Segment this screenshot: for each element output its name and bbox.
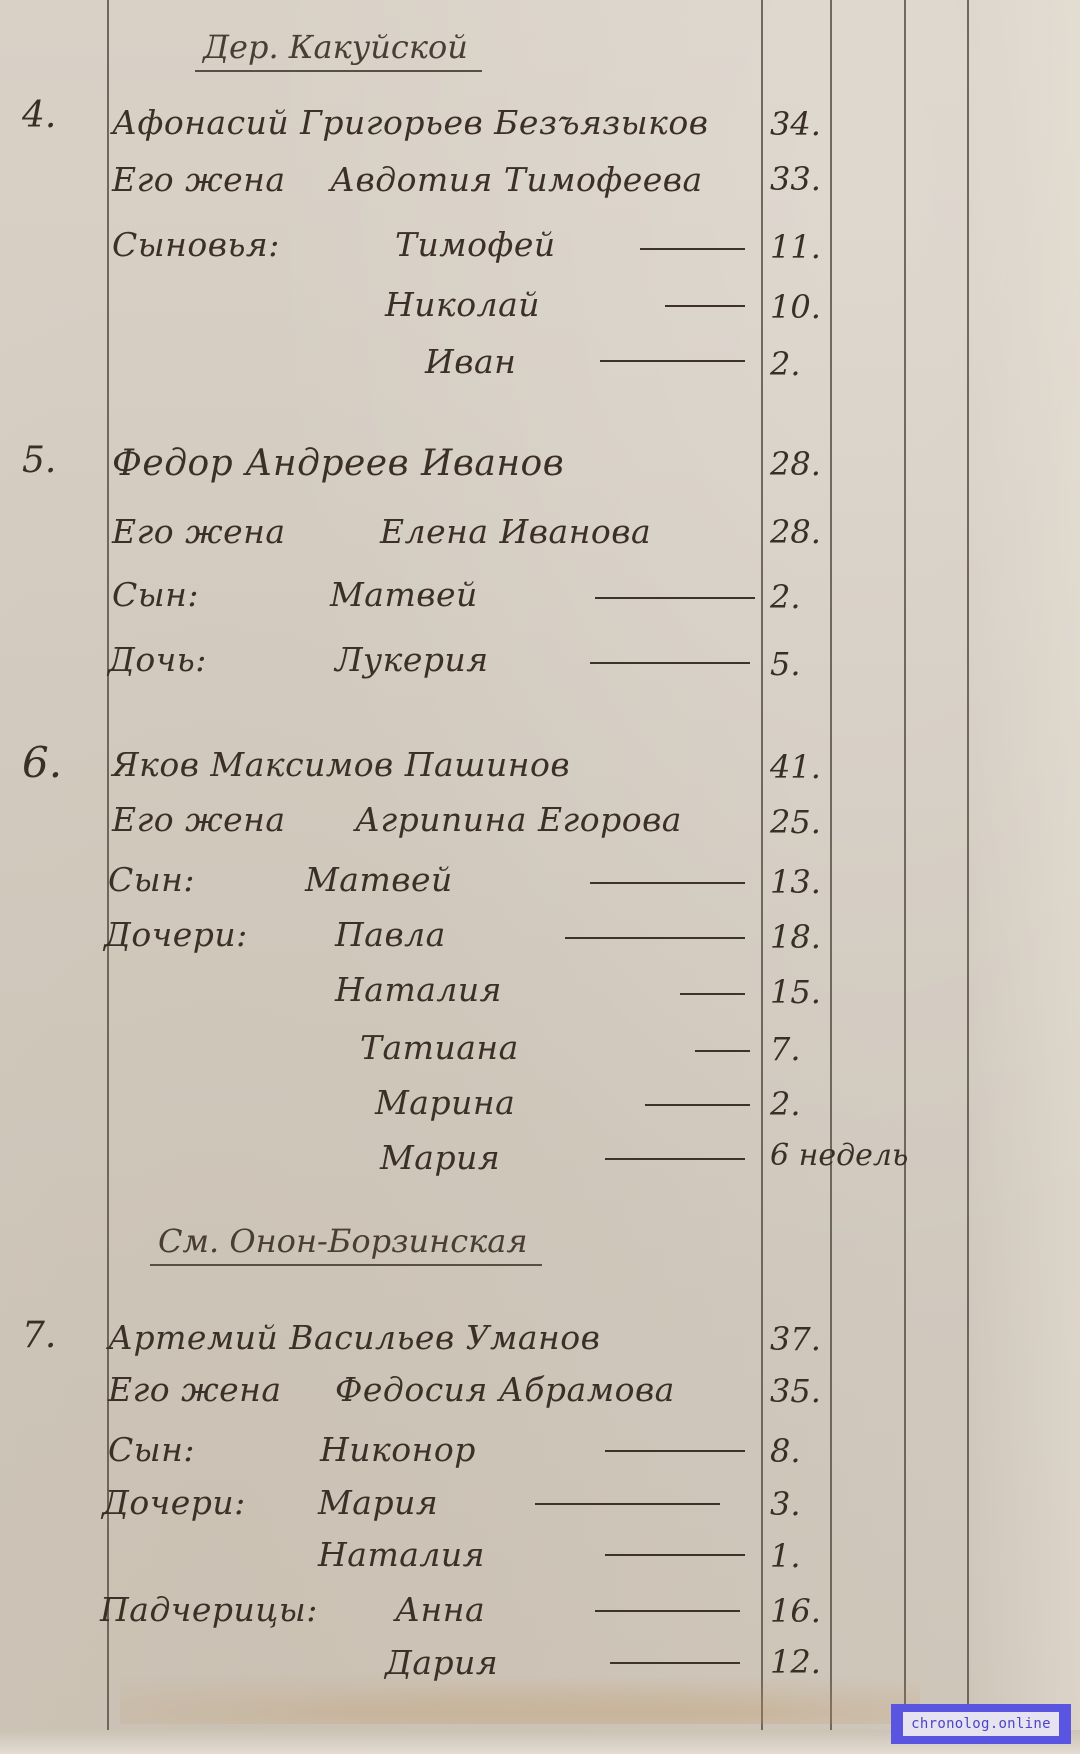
member-name: Павла — [335, 915, 446, 954]
member-name: Федор Андреев Иванов — [112, 443, 564, 484]
member-label: Сын: — [108, 860, 195, 899]
member-age: 35. — [770, 1372, 821, 1410]
member-label: Сын: — [108, 1430, 195, 1469]
member-name: Артемий Васильев Уманов — [108, 1318, 600, 1357]
member-name: Мария — [318, 1483, 438, 1522]
member-label: Его жена — [112, 800, 286, 839]
member-label: Сыновья: — [112, 225, 280, 264]
dash-rule — [590, 662, 750, 664]
page-edge — [970, 0, 1080, 1754]
member-age: 13. — [770, 863, 821, 901]
member-age: 28. — [770, 445, 821, 483]
member-age: 18. — [770, 918, 821, 956]
dash-rule — [640, 248, 745, 250]
column-rule-age-right — [830, 0, 832, 1730]
member-name: Мария — [380, 1138, 500, 1177]
member-age: 8. — [770, 1432, 801, 1470]
member-age: 41. — [770, 748, 821, 786]
member-label: Падчерицы: — [100, 1590, 318, 1629]
member-label: Его жена — [108, 1370, 282, 1409]
household-number: 4. — [22, 95, 56, 136]
section-title-settlement: См. Онон-Борзинская — [150, 1222, 542, 1266]
member-name: Агрипина Егорова — [355, 800, 682, 839]
dash-rule — [595, 1610, 740, 1612]
dash-rule — [605, 1158, 745, 1160]
member-label: Сын: — [112, 575, 199, 614]
member-age: 2. — [770, 578, 801, 616]
member-age: 3. — [770, 1485, 801, 1523]
member-age: 16. — [770, 1592, 821, 1630]
member-age: 7. — [770, 1030, 801, 1068]
member-age: 34. — [770, 105, 821, 143]
member-name: Федосия Абрамова — [335, 1370, 675, 1409]
member-age: 5. — [770, 645, 801, 683]
member-name: Николай — [385, 285, 540, 324]
household-number: 5. — [22, 440, 56, 481]
member-name: Афонасий Григорьев Безъязыков — [112, 103, 708, 142]
dash-rule — [600, 360, 745, 362]
member-label: Его жена — [112, 512, 286, 551]
member-label: Дочери: — [104, 915, 248, 954]
member-name: Матвей — [305, 860, 453, 899]
member-name: Яков Максимов Пашинов — [112, 745, 570, 784]
member-name: Лукерия — [335, 640, 489, 679]
member-age: 10. — [770, 288, 821, 326]
watermark-text: chronolog.online — [903, 1712, 1059, 1736]
member-label: Дочь: — [108, 640, 207, 679]
member-name: Наталия — [335, 970, 502, 1009]
member-age: 2. — [770, 1085, 801, 1123]
member-name: Авдотия Тимофеева — [330, 160, 703, 199]
member-age: 33. — [770, 160, 821, 198]
member-name: Наталия — [318, 1535, 485, 1574]
register-page: Дер. Какуйской 4. Афонасий Григорьев Без… — [0, 0, 1080, 1754]
dash-rule — [680, 993, 745, 995]
water-stain — [120, 1664, 920, 1724]
column-rule-4 — [967, 0, 969, 1730]
column-rule-3 — [904, 0, 906, 1730]
member-name: Анна — [395, 1590, 485, 1629]
member-name: Татиана — [360, 1028, 519, 1067]
member-name: Иван — [425, 342, 516, 381]
member-label: Его жена — [112, 160, 286, 199]
dash-rule — [665, 305, 745, 307]
member-name: Матвей — [330, 575, 478, 614]
section-title-village: Дер. Какуйской — [195, 28, 482, 72]
member-age: 2. — [770, 345, 801, 383]
dash-rule — [695, 1050, 750, 1052]
member-age: 1. — [770, 1537, 801, 1575]
member-name: Елена Иванова — [380, 512, 651, 551]
member-age: 37. — [770, 1320, 821, 1358]
household-number: 7. — [22, 1315, 56, 1356]
member-age: 28. — [770, 513, 821, 551]
member-name: Тимофей — [395, 225, 556, 264]
member-age: 11. — [770, 228, 821, 266]
household-number: 6. — [22, 738, 62, 787]
member-name: Марина — [375, 1083, 515, 1122]
member-name: Никонор — [320, 1430, 476, 1469]
member-label: Дочери: — [102, 1483, 246, 1522]
member-age: 25. — [770, 803, 821, 841]
dash-rule — [535, 1503, 720, 1505]
column-rule-age-left — [761, 0, 763, 1730]
member-age-note: 6 недель — [770, 1138, 908, 1173]
dash-rule — [605, 1450, 745, 1452]
dash-rule — [590, 882, 745, 884]
member-age: 15. — [770, 973, 821, 1011]
dash-rule — [645, 1104, 750, 1106]
dash-rule — [605, 1554, 745, 1556]
dash-rule — [595, 597, 755, 599]
watermark-badge: chronolog.online — [891, 1704, 1071, 1744]
dash-rule — [565, 937, 745, 939]
